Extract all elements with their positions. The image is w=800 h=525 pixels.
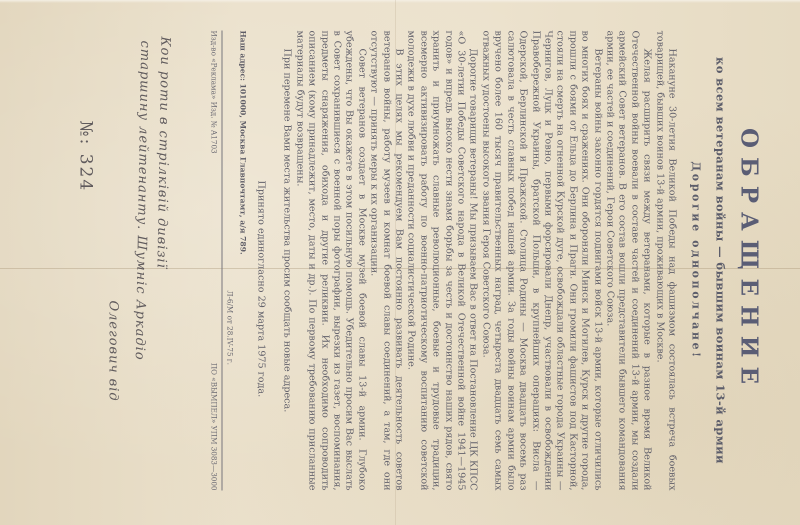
greeting: Дорогие однополчане! [689, 30, 702, 490]
paragraph: В этих целях мы рекомендуем Вам постоянн… [367, 30, 404, 490]
publisher-imprint: Изд-во «Реклама» Изд. № А1703 [209, 30, 218, 153]
paragraph: Совет ветеранов создает в Москве музей б… [292, 30, 366, 490]
postal-address: Наш адрес: 101000, Москва Главпочтамт, а… [238, 30, 247, 490]
paragraph: При перемене Вами места жительства проси… [280, 30, 292, 490]
handwritten-note-line-2: старшину лейтенанту. Шумніс Аркадіо [131, 40, 152, 360]
license-number: Л-6/М от 28.IV-75 г. [225, 30, 234, 490]
document-subtitle: ко всем ветеранам войны — бывшим воинам … [713, 30, 727, 490]
handwritten-note-line-1: Кои роти в стрілківій дивізії [153, 36, 172, 269]
imprint-line: Изд-во «Реклама» Изд. № А1703 ПО «ВЫМПЕЛ… [209, 30, 218, 490]
imprint-divider [221, 30, 222, 490]
paragraph: Накануне 30-летия Великой Победы над фаш… [652, 30, 677, 490]
printer-imprint: ПО «ВЫМПЕЛ» УПМ 3083—3000 [209, 362, 218, 490]
handwritten-note-line-3: Олегович від [105, 300, 120, 401]
leaflet-body: ОБРАЩЕНИЕ ко всем ветеранам войны — бывш… [209, 30, 762, 490]
scanned-leaflet: ОБРАЩЕНИЕ ко всем ветеранам войны — бывш… [0, 0, 800, 525]
paragraph: Желая расширить связи между ветеранами, … [603, 30, 653, 490]
paragraph: Ветераны войны законно гордятся подвигам… [479, 30, 603, 490]
paragraph: Дорогие товарищи ветераны! Мы призываем … [404, 30, 478, 490]
adoption-date: Принято единогласно 29 марта 1975 года. [255, 30, 266, 490]
handwritten-number: №: 324 [75, 120, 95, 192]
document-title: ОБРАЩЕНИЕ [735, 30, 762, 490]
